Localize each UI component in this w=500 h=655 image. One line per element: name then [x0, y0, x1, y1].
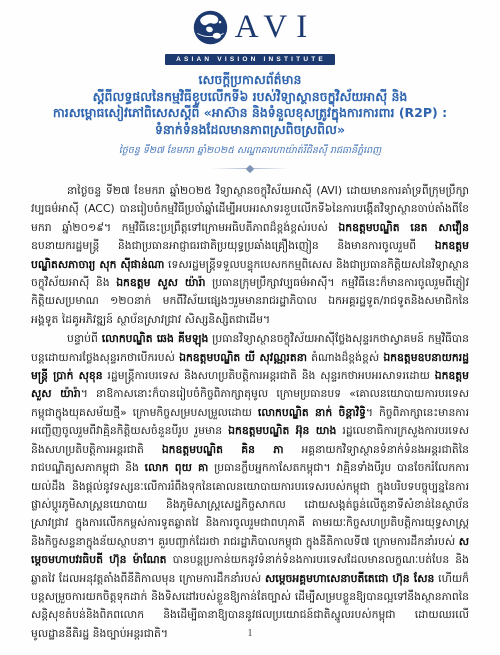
divider-diamond-icon — [246, 164, 254, 172]
person-name: លោកបណ្ឌិត ឆេង គីមឡុង — [102, 332, 209, 345]
event-dateline: ថ្ងៃចន្ទ ទី២៧ ខែមករា ឆ្នាំ២០២៥ សណ្ឋាគារហ… — [0, 144, 500, 157]
text-run: បន្ទាប់ពី — [67, 332, 102, 345]
person-name: លោកបណ្ឌិត នាក់ ចិន្តាវិទ្ធិ — [258, 406, 366, 419]
avi-acronym: AVI — [235, 11, 316, 44]
person-name: ឯកឧត្តមបណ្ឌិត នេត សាវឿន — [338, 221, 469, 234]
document-title: សេចក្តីប្រកាសព័ត៌មាន ស្តីពីលទ្ធផលនៃកម្មវ… — [0, 72, 500, 138]
person-name: ឯកឧត្តម សួស យ៉ារ៉ា — [116, 276, 205, 289]
title-line-2: ស្តីពីលទ្ធផលនៃកម្មវិធីខួបលើកទី៦ របស់វិទ្… — [28, 89, 472, 106]
person-name: លោក ពុយ គា — [145, 461, 209, 474]
title-line-3: ការសម្ពោធសៀវភៅពិសេសស្តីពី «អាស៊ាន និងទំន… — [28, 105, 472, 122]
text-run: តំណាងដ៏ខ្ពង់ខ្ពស់ — [307, 351, 383, 364]
text-run: ឧបនាយករដ្ឋមន្ត្រី និងជាប្រធានអាជ្ញាធរជាត… — [31, 239, 435, 252]
person-name: ឯកឧត្តមបណ្ឌិត យី សុវណ្ណរតនា — [179, 351, 307, 364]
page-number: 1 — [0, 628, 500, 639]
body-paragraph-2: បន្ទាប់ពី លោកបណ្ឌិត ឆេង គីមឡុង ប្រធានវិទ… — [31, 330, 469, 643]
avi-banner-label: ASIAN VISION INSTITUTE — [165, 54, 335, 66]
person-name: ឯកឧត្តមបណ្ឌិត គិន ភា — [162, 443, 284, 456]
globe-asia-icon — [193, 10, 228, 45]
person-name: សម្តេចអគ្គមហាសេនាបតីតេជោ ហ៊ុន សែន — [265, 572, 434, 585]
body-paragraph-1: នាថ្ងៃចន្ទ ទី២៧ ខែមករា ឆ្នាំ២០២៥ វិទ្យាស… — [31, 182, 469, 329]
title-line-4: ទំនាក់ទំនងដែលមានភាពស្រពិចស្រពិល» — [28, 122, 472, 139]
text-run: រដ្ឋមន្ត្រីការបរទេស និងសហប្រតិបត្តិការអន… — [103, 369, 435, 382]
press-release-body: នាថ្ងៃចន្ទ ទី២៧ ខែមករា ឆ្នាំ២០២៥ វិទ្យាស… — [31, 182, 469, 643]
press-release-page: AVI ASIAN VISION INSTITUTE សេចក្តីប្រកាស… — [0, 0, 500, 655]
divider-ornament — [211, 164, 289, 172]
avi-logo: AVI ASIAN VISION INSTITUTE — [0, 0, 500, 65]
title-line-1: សេចក្តីប្រកាសព័ត៌មាន — [28, 72, 472, 89]
person-name: ឯកឧត្តមបណ្ឌិត អ៊ុន យាង — [228, 424, 336, 437]
